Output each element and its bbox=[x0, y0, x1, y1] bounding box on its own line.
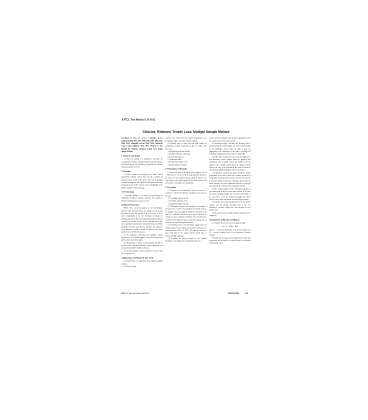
footer-method-number: TM 114-2011 bbox=[228, 293, 240, 295]
column-middle: machine, with clamps and load capacity a… bbox=[165, 137, 206, 292]
column-left: Developed in 1961 by AATCC Committee RA3… bbox=[121, 137, 162, 292]
paragraph: where A = average breaking load of the c… bbox=[209, 229, 250, 237]
paragraph: 3.1 chlorine damage, n.—in textile wet p… bbox=[121, 194, 162, 202]
document-title: Chlorine, Retained, Tensile Loss: Multip… bbox=[121, 130, 251, 134]
paragraph: 5.3 Flat-bed press, or hand iron and sta… bbox=[165, 143, 206, 151]
section-heading: 7. Procedure bbox=[165, 186, 206, 188]
paragraph: 7.1 Prepare a fresh chlorination bath fo… bbox=[165, 190, 206, 198]
paragraph: 4.2 Manufacturer's safety recommendation… bbox=[121, 242, 162, 250]
page: AATCC Test Method 114-2011 Chlorine, Ret… bbox=[121, 117, 251, 299]
paragraph: 7.10 Retain the broken samples until the… bbox=[209, 212, 250, 217]
section-heading: 6. Preparation of Samples bbox=[165, 168, 206, 170]
document-canvas: AATCC Test Method 114-2011 Chlorine, Ret… bbox=[0, 0, 368, 420]
paragraph: 7.2 Chlorination. Immerse five samples o… bbox=[165, 206, 206, 225]
text-columns: Developed in 1961 by AATCC Committee RA3… bbox=[121, 137, 250, 292]
section-heading: 2. Principle bbox=[121, 170, 162, 172]
section-heading: 1. Purpose and Scope bbox=[121, 155, 162, 157]
section-heading: 3. Terminology bbox=[121, 191, 162, 193]
paragraph: NOTE: These safety precautions are for i… bbox=[121, 207, 162, 234]
paragraph: 7.7 Temperature of pressing is critical.… bbox=[209, 172, 250, 188]
document-header: AATCC Test Method 114-2011 bbox=[122, 119, 155, 121]
paragraph: 7.3 Scorching. Press each chlorinated sa… bbox=[165, 224, 206, 237]
section-heading: 5. Apparatus and Reagents (see 12.1) bbox=[121, 257, 162, 259]
paragraph: 2.1 Fabric samples are laundered in a di… bbox=[121, 174, 162, 190]
paragraph: 8.1 Calculate the percent loss in breaki… bbox=[209, 222, 250, 225]
formula: Loss, % = 100(A − B)/A bbox=[209, 225, 250, 228]
paragraph: 5.2 Tensile testing bbox=[121, 265, 162, 268]
section-heading: 8. Evaluation of Results and Report bbox=[209, 219, 250, 221]
column-right: broken, so that all samples reach moistu… bbox=[209, 137, 250, 292]
paragraph: 7.6 If the fabric is distorted or the ya… bbox=[209, 156, 250, 172]
paragraph: 7.9 Calculate the average breaking load … bbox=[209, 201, 250, 212]
paragraph: 4.3 An eyewash/safety shower should be l… bbox=[121, 250, 162, 255]
footer-manual-label: AATCC Technical Manual/2012 bbox=[121, 293, 149, 295]
paragraph: 4.1 In preparing, dispensing and handlin… bbox=[121, 234, 162, 242]
section-heading: 4. Safety Precautions bbox=[121, 204, 162, 206]
footer-method-label: TM 114-2011 173 bbox=[228, 293, 248, 295]
list-item: 5.9 Starch indicator solution. bbox=[165, 164, 206, 167]
paragraph: Developed in 1961 by AATCC Committee RA3… bbox=[121, 137, 162, 153]
paragraph: 6.1 From each fabric to be tested cut te… bbox=[165, 171, 206, 184]
page-number: 173 bbox=[245, 293, 248, 295]
paragraph: 7.5 Breaking strength. Determine the bre… bbox=[209, 143, 250, 156]
paragraph: 7.4 Condition the pressed samples in the… bbox=[165, 238, 206, 243]
paragraph: 1.1 This test method is a quantitative p… bbox=[121, 158, 162, 169]
paragraph: 8.2 Report the average percent strength … bbox=[209, 237, 250, 245]
paragraph: 7.8 The control samples and the chlorina… bbox=[209, 188, 250, 201]
